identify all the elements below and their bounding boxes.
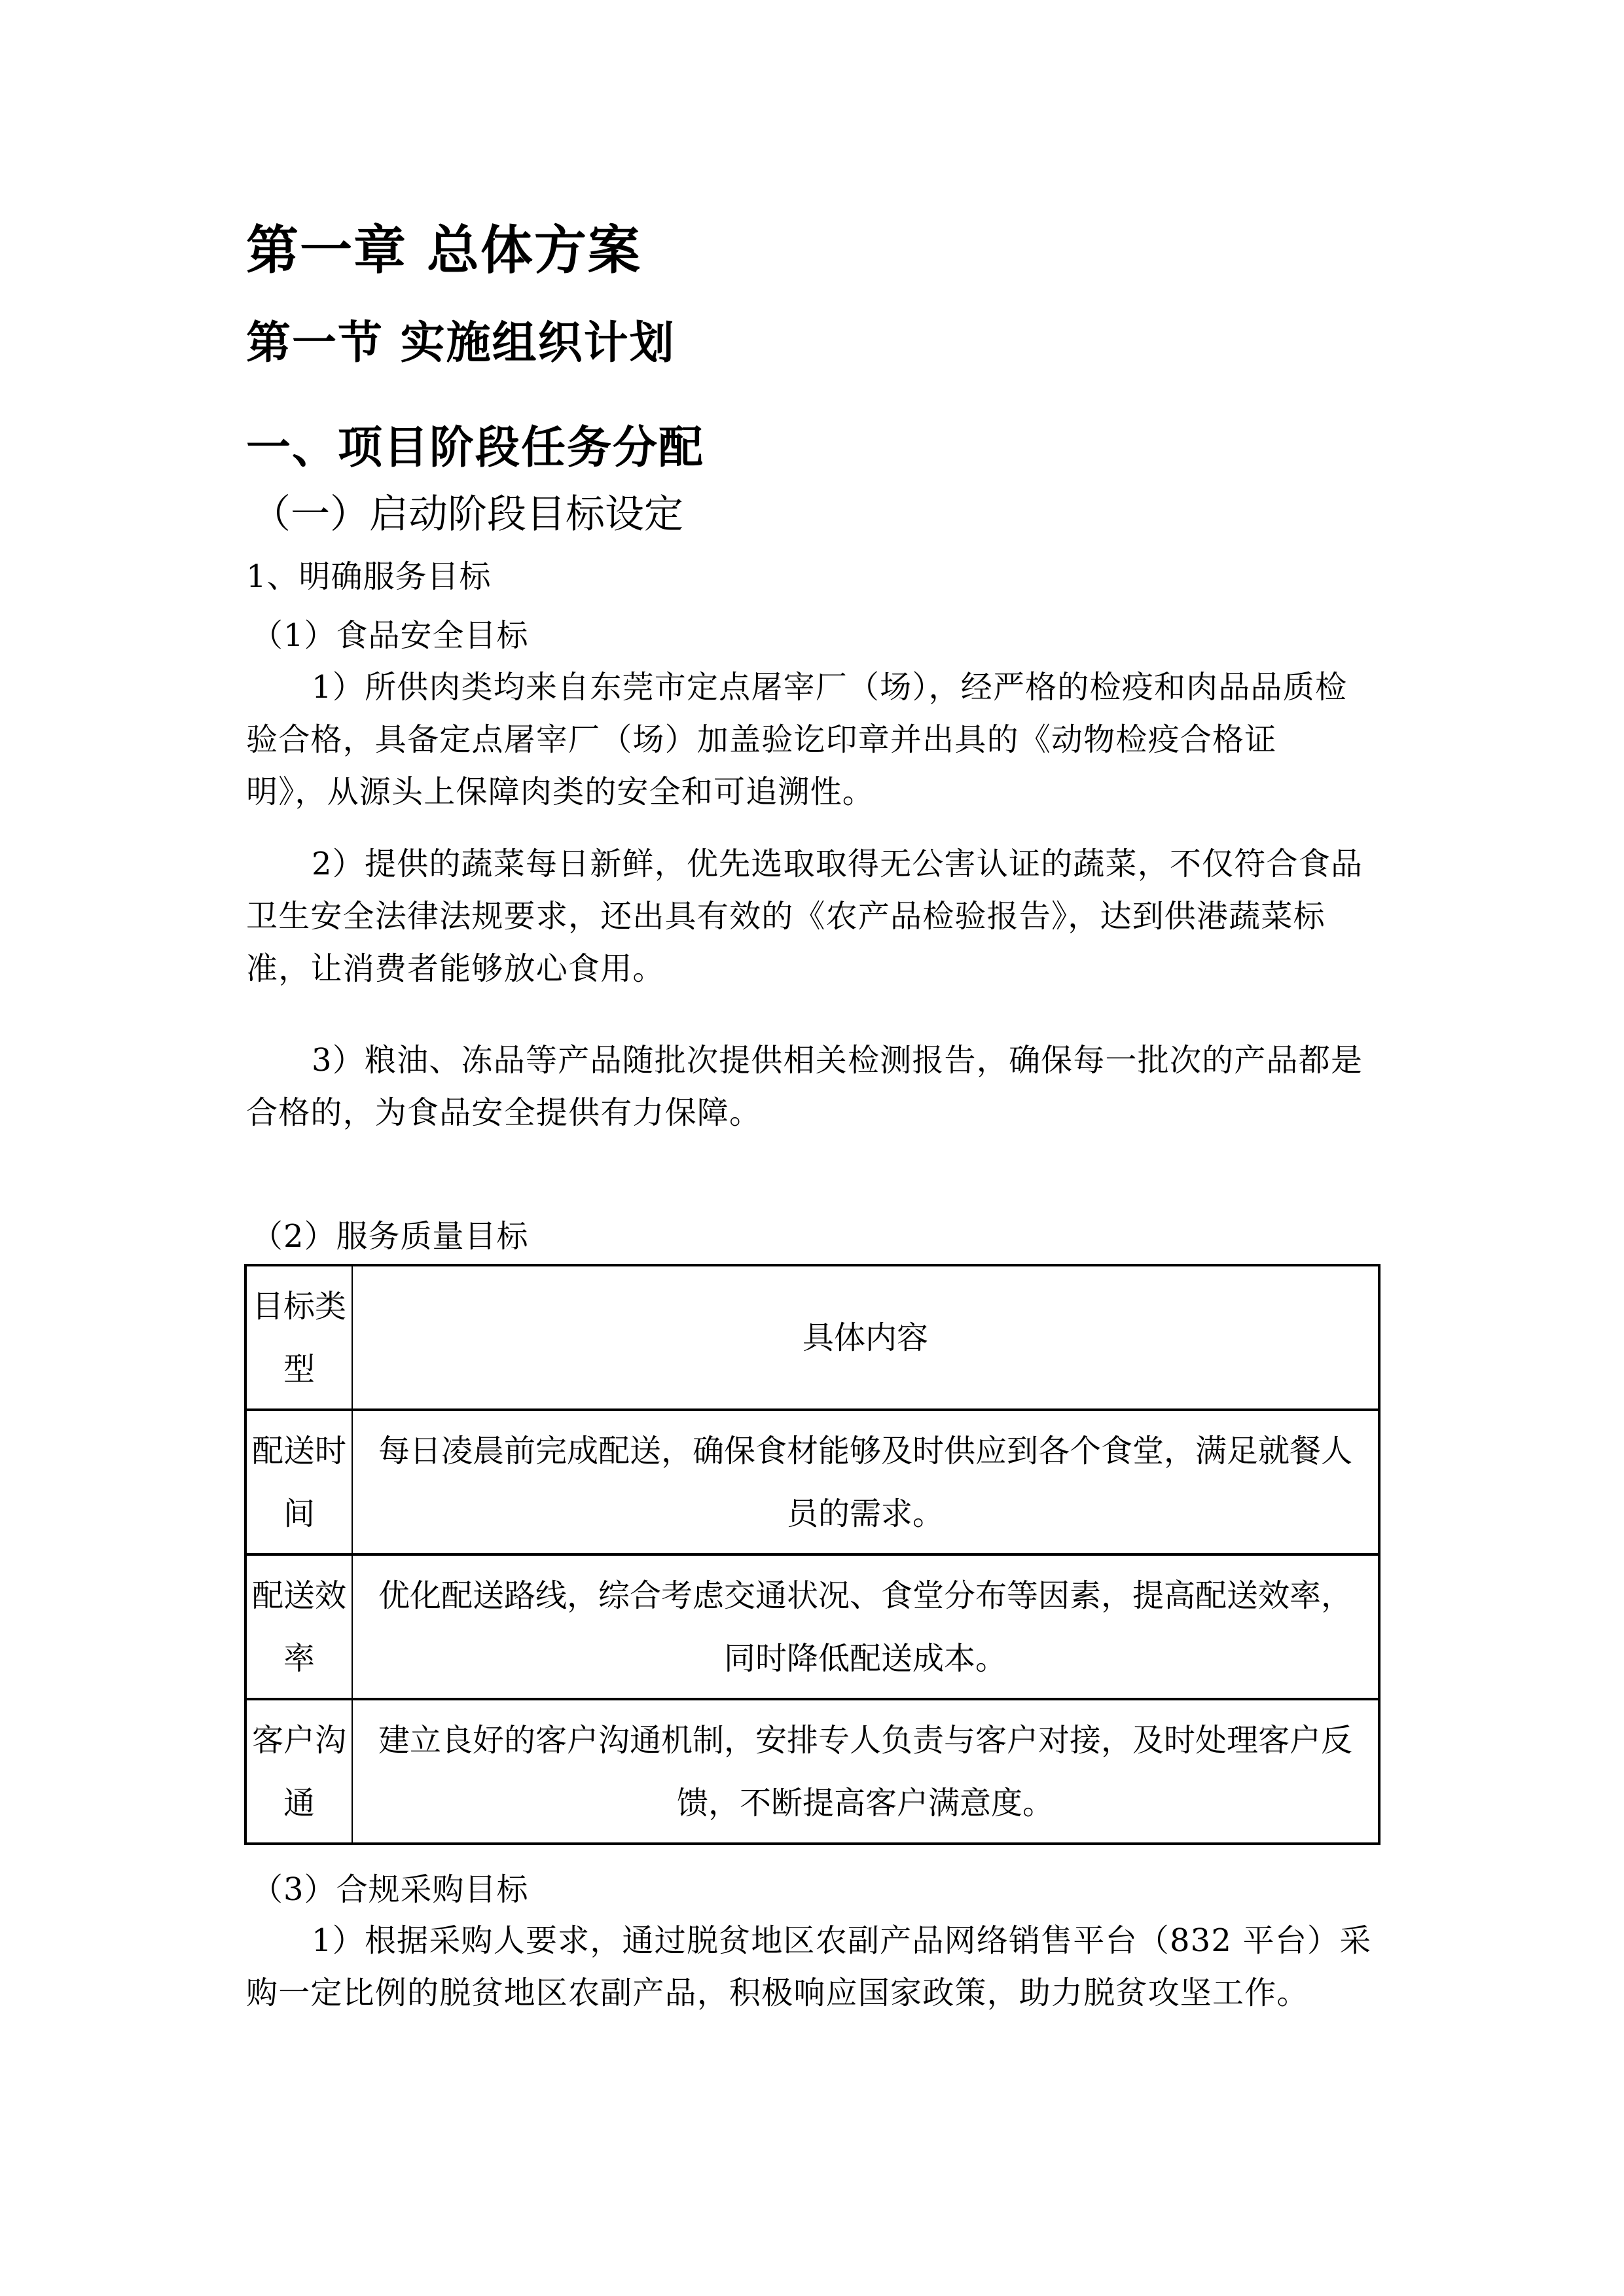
table-cell-type: 配送时 间 (245, 1410, 352, 1554)
food-safety-paragraph-1: 1）所供肉类均来自东莞市定点屠宰厂（场），经严格的检疫和肉品品质检 验合格，具备… (246, 661, 1385, 818)
table-row: 配送效 率 优化配送路线，综合考虑交通状况、食堂分布等因素，提高配送效率， 同时… (245, 1554, 1379, 1699)
item-title: 1、明确服务目标 (246, 551, 492, 596)
paragraph-line: 2）提供的蔬菜每日新鲜，优先选取取得无公害认证的蔬菜，不仅符合食品 (246, 838, 1385, 890)
paragraph-line: 验合格，具备定点屠宰厂（场）加盖验讫印章并出具的《动物检疫合格证 (246, 713, 1385, 766)
paragraph-line: 购一定比例的脱贫地区农副产品，积极响应国家政策，助力脱贫攻坚工作。 (246, 1967, 1385, 2019)
chapter-title: 第一章 总体方案 (246, 208, 641, 283)
header-text: 目标类 (249, 1275, 349, 1338)
header-text: 型 (249, 1338, 349, 1401)
cell-text: 优化配送路线，综合考虑交通状况、食堂分布等因素，提高配送效率， (355, 1564, 1375, 1627)
cell-text: 通 (249, 1772, 349, 1835)
subsection-title: 一、项目阶段任务分配 (246, 412, 704, 476)
table-header-cell: 目标类 型 (245, 1265, 352, 1410)
paragraph-line: 3）粮油、冻品等产品随批次提供相关检测报告，确保每一批次的产品都是 (246, 1034, 1385, 1086)
paragraph-line: 卫生安全法律法规要求，还出具有效的《农产品检验报告》，达到供港蔬菜标 (246, 890, 1385, 942)
table-header-row: 目标类 型 具体内容 (245, 1265, 1379, 1410)
paragraph-line: 1）所供肉类均来自东莞市定点屠宰厂（场），经严格的检疫和肉品品质检 (246, 661, 1385, 713)
table-cell-type: 配送效 率 (245, 1554, 352, 1699)
cell-text: 间 (249, 1482, 349, 1545)
food-safety-paragraph-3: 3）粮油、冻品等产品随批次提供相关检测报告，确保每一批次的产品都是 合格的，为食… (246, 1034, 1385, 1139)
cell-text: 馈，不断提高客户满意度。 (355, 1772, 1375, 1835)
table-row: 配送时 间 每日凌晨前完成配送，确保食材能够及时供应到各个食堂，满足就餐人 员的… (245, 1410, 1379, 1554)
table-header-cell: 具体内容 (352, 1265, 1379, 1410)
food-safety-paragraph-2: 2）提供的蔬菜每日新鲜，优先选取取得无公害认证的蔬菜，不仅符合食品 卫生安全法律… (246, 838, 1385, 995)
cell-text: 同时降低配送成本。 (355, 1627, 1375, 1690)
cell-text: 客户沟 (249, 1709, 349, 1772)
table-cell-content: 优化配送路线，综合考虑交通状况、食堂分布等因素，提高配送效率， 同时降低配送成本… (352, 1554, 1379, 1699)
service-quality-table: 目标类 型 具体内容 配送时 间 每日凌晨前完成配送，确保食材能够及时供应到各个… (244, 1264, 1380, 1845)
subsubsection-title: （一）启动阶段目标设定 (251, 483, 683, 539)
compliance-title: （3）合规采购目标 (251, 1864, 529, 1909)
section-title: 第一节 实施组织计划 (246, 308, 676, 371)
cell-text: 建立良好的客户沟通机制，安排专人负责与客户对接，及时处理客户反 (355, 1709, 1375, 1772)
cell-text: 员的需求。 (355, 1482, 1375, 1545)
compliance-paragraph-1: 1）根据采购人要求，通过脱贫地区农副产品网络销售平台（832 平台）采 购一定比… (246, 1914, 1385, 2019)
cell-text: 配送时 (249, 1420, 349, 1482)
table-cell-content: 建立良好的客户沟通机制，安排专人负责与客户对接，及时处理客户反 馈，不断提高客户… (352, 1699, 1379, 1844)
table-cell-type: 客户沟 通 (245, 1699, 352, 1844)
paragraph-line: 合格的，为食品安全提供有力保障。 (246, 1086, 1385, 1139)
table-row: 客户沟 通 建立良好的客户沟通机制，安排专人负责与客户对接，及时处理客户反 馈，… (245, 1699, 1379, 1844)
cell-text: 配送效 (249, 1564, 349, 1627)
service-quality-title: （2）服务质量目标 (251, 1211, 529, 1256)
paragraph-line: 准，让消费者能够放心食用。 (246, 942, 1385, 995)
cell-text: 率 (249, 1627, 349, 1690)
cell-text: 每日凌晨前完成配送，确保食材能够及时供应到各个食堂，满足就餐人 (355, 1420, 1375, 1482)
paragraph-line: 1）根据采购人要求，通过脱贫地区农副产品网络销售平台（832 平台）采 (246, 1914, 1385, 1967)
food-safety-title: （1）食品安全目标 (251, 610, 529, 655)
paragraph-line: 明》，从源头上保障肉类的安全和可追溯性。 (246, 766, 1385, 818)
table-cell-content: 每日凌晨前完成配送，确保食材能够及时供应到各个食堂，满足就餐人 员的需求。 (352, 1410, 1379, 1554)
